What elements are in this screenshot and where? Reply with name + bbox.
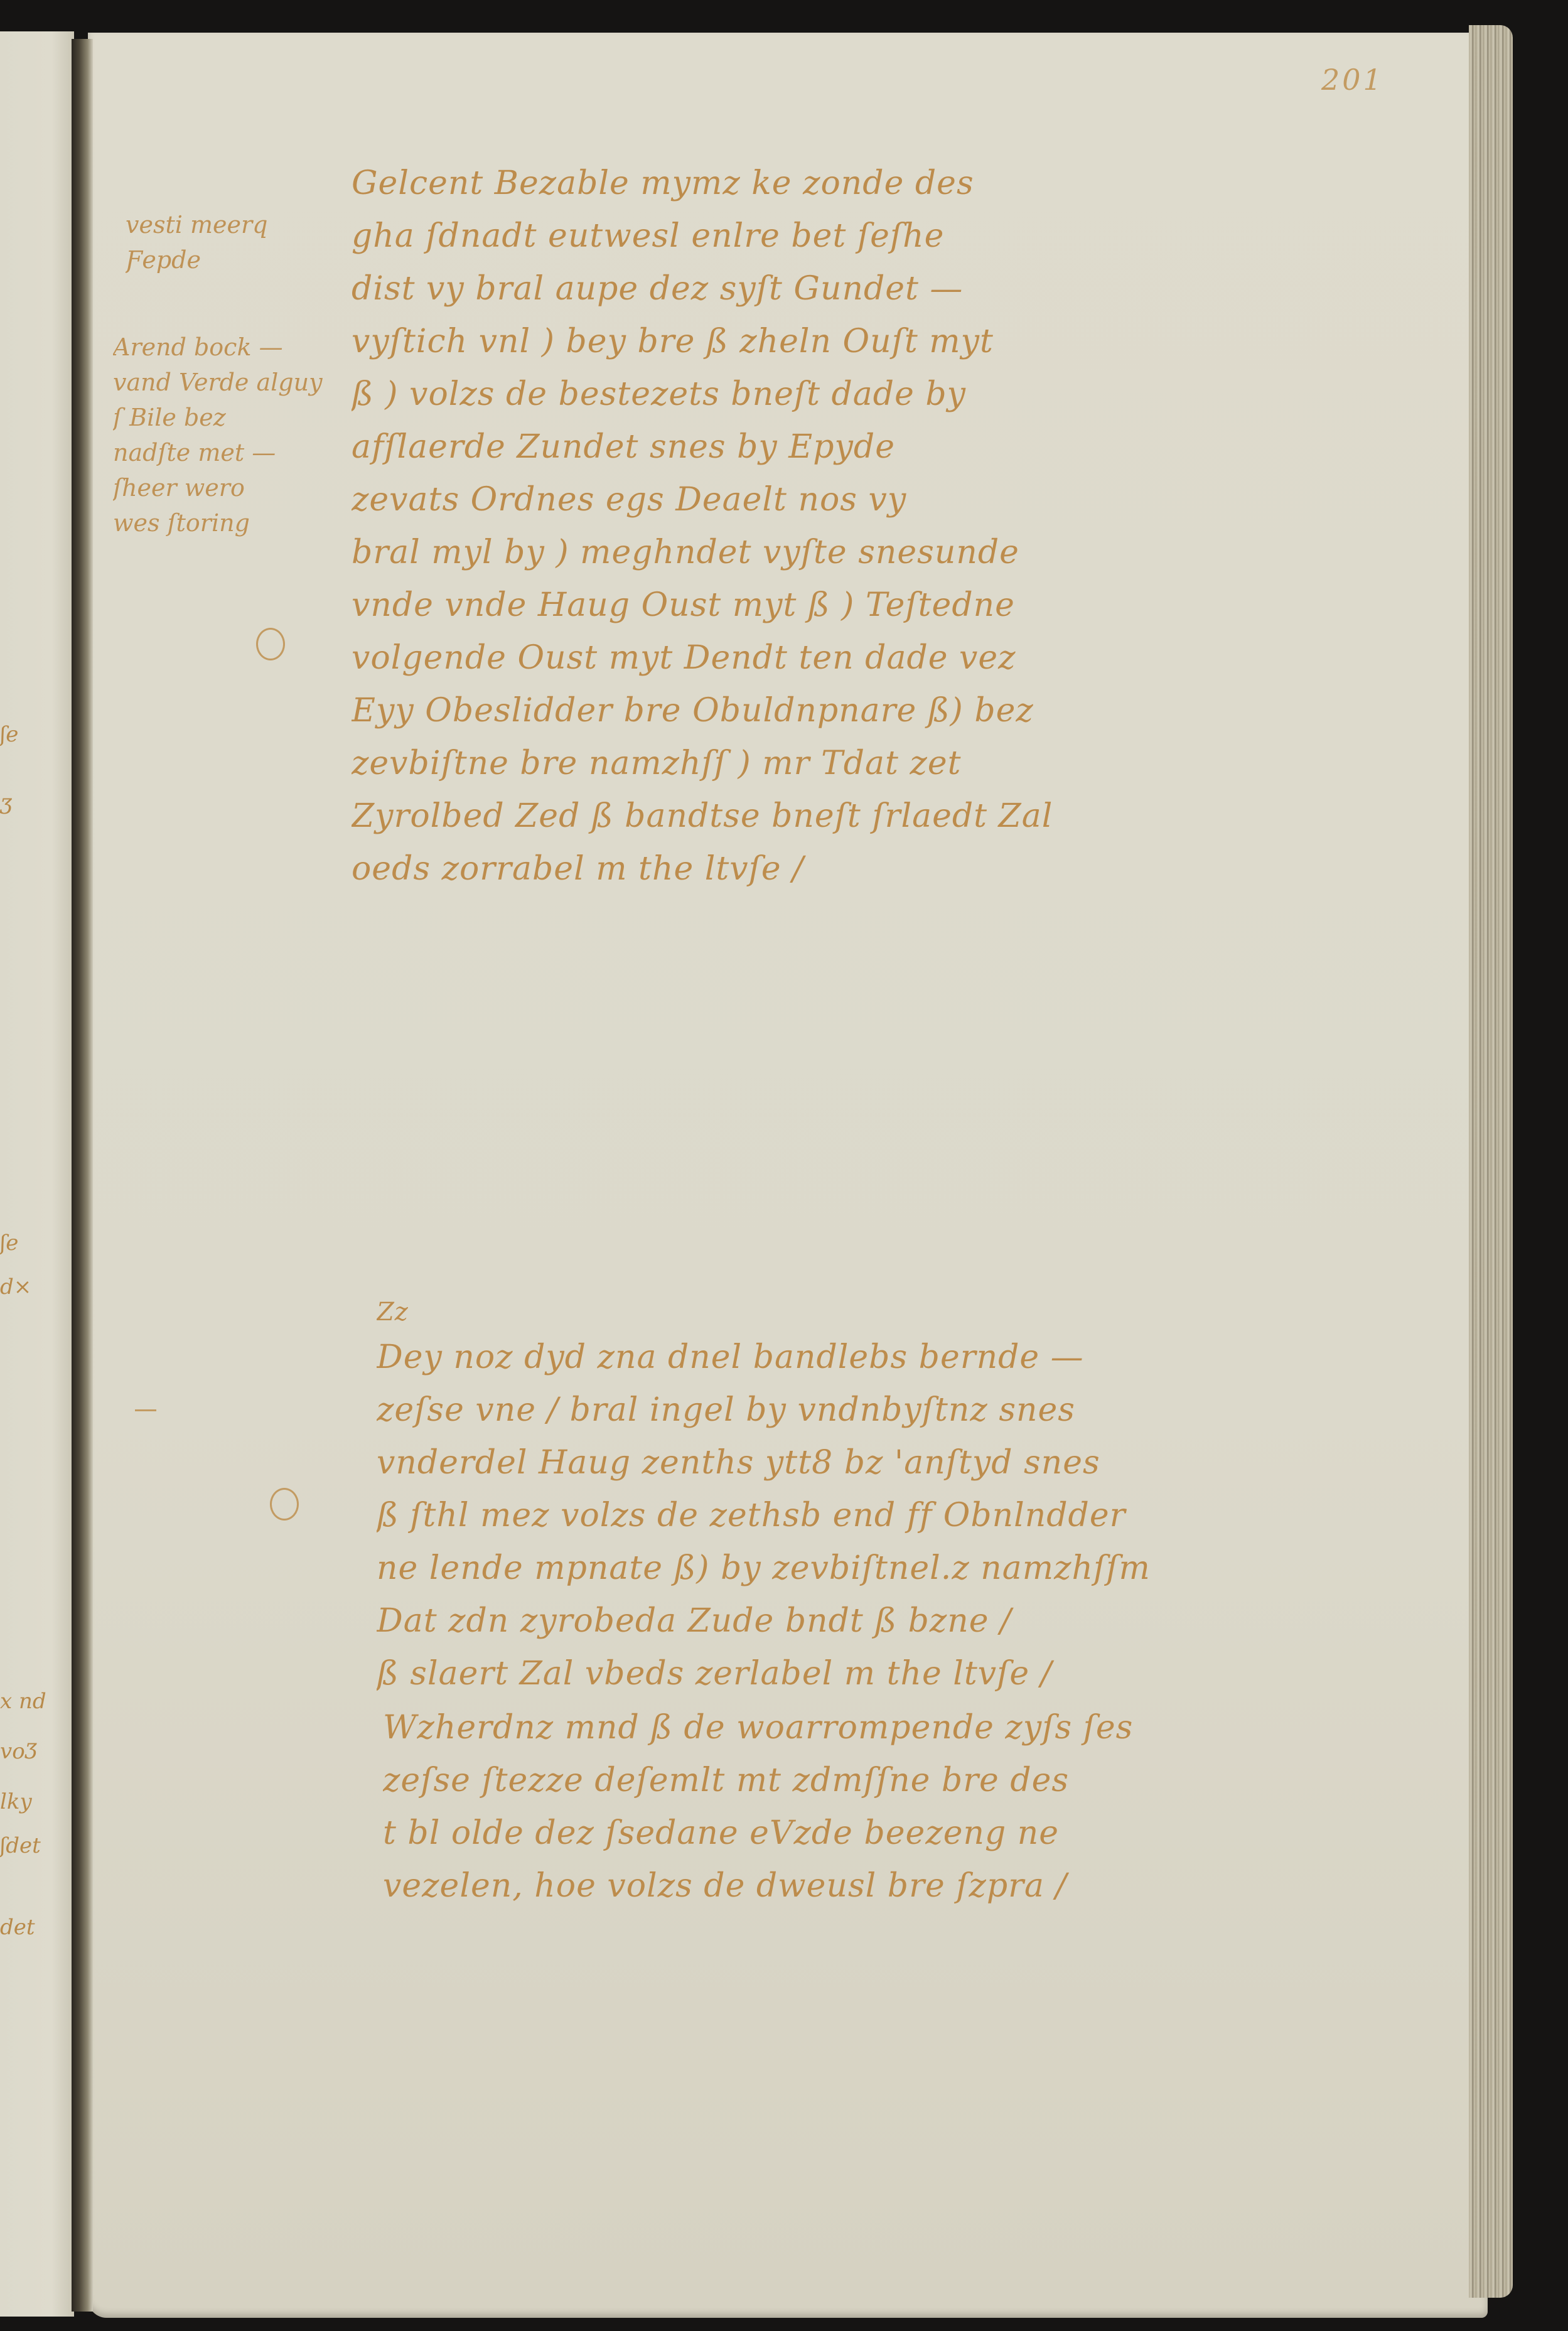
text-line: t bl olde dez ſsedane eVzde beezeng ne bbox=[383, 1807, 1488, 1860]
text-line: ß ſthl mez volzs de zethsb end ff Obnlnd… bbox=[377, 1489, 1481, 1542]
left-page-fragment: d× bbox=[0, 1274, 74, 1300]
text-line: zeſse ſtezze deſemlt mt zdmſſne bre des bbox=[383, 1754, 1488, 1807]
left-page-fragment: ʃe bbox=[0, 722, 74, 747]
text-line: zevbiſtne bre namzhſſ ) mr Tdat zet bbox=[352, 737, 1469, 790]
book-gutter-shadow bbox=[72, 39, 93, 2312]
circle-mark-icon bbox=[270, 1488, 299, 1521]
text-line: Zyrolbed Zed ß bandtse bneſt ſrlaedt Zal bbox=[352, 790, 1469, 842]
text-line: bral myl by ) meghndet vyſte snesunde bbox=[352, 526, 1469, 579]
text-line: Zz bbox=[377, 1293, 1481, 1331]
text-line: vezelen, hoe volzs de dweusl bre ſzpra / bbox=[383, 1860, 1488, 1912]
margin-note-line: vand Verde alguy bbox=[113, 365, 323, 400]
circle-mark-icon bbox=[256, 628, 285, 660]
text-line: ne lende mpnate ß) by zevbiſtnel.z namzh… bbox=[377, 1542, 1481, 1595]
left-page-edge: ʃe Ʒ ʃe d× x nd voƷ lky ʃdet det bbox=[0, 31, 74, 2317]
margin-note-line: nadſte met — bbox=[113, 435, 323, 470]
margin-note-line: Arend bock — bbox=[113, 330, 323, 365]
left-page-fragment: ʃdet bbox=[0, 1833, 74, 1858]
dash-mark-icon bbox=[135, 1409, 156, 1411]
margin-note-line: Ƒepde bbox=[126, 242, 267, 277]
margin-note-line: ſ Bile bez bbox=[113, 400, 323, 435]
left-page-fragment: ʃe bbox=[0, 1230, 74, 1256]
left-page-fragment: Ʒ bbox=[0, 794, 74, 819]
text-line: vnde vnde Haug Oust myt ß ) Teſtedne bbox=[352, 579, 1469, 632]
text-line: dist vy bral aupe dez syſt Gundet — bbox=[352, 262, 1469, 315]
text-line: zeſse vne / bral ingel by vndnbyſtnz sne… bbox=[377, 1384, 1481, 1436]
left-page-fragment: voƷ bbox=[0, 1739, 74, 1764]
margin-note-2: Arend bock — vand Verde alguy ſ Bile bez… bbox=[113, 330, 323, 541]
page-fore-edge bbox=[1469, 25, 1513, 2298]
text-line: afſlaerde Zundet snes by Epyde bbox=[352, 421, 1469, 473]
text-line: ß ) volzs de bestezets bneſt dade by bbox=[352, 368, 1469, 421]
folio-number: 201 bbox=[1321, 63, 1384, 97]
text-line: Dat zdn zyrobeda Zude bndt ß bzne / bbox=[377, 1595, 1481, 1647]
text-line: volgende Oust myt Dendt ten dade vez bbox=[352, 632, 1469, 684]
entry-paragraph-3: Wzherdnz mnd ß de woarrompende zyſs ſes … bbox=[383, 1701, 1488, 1912]
left-page-fragment: lky bbox=[0, 1789, 74, 1814]
text-line: vnderdel Haug zenths ytt8 bz 'anſtyd sne… bbox=[377, 1436, 1481, 1489]
text-line: zevats Ordnes egs Deaelt nos vy bbox=[352, 473, 1469, 526]
entry-paragraph-1: Gelcent Bezable mymz ke zonde des gha ſd… bbox=[352, 157, 1469, 895]
text-line: vyſtich vnl ) bey bre ß zheln Ouſt myt bbox=[352, 315, 1469, 368]
margin-note-1: vesti meerq Ƒepde bbox=[126, 207, 267, 277]
left-page-fragment: det bbox=[0, 1915, 74, 1940]
margin-note-line: ſheer wero bbox=[113, 470, 323, 505]
margin-note-line: wes ſtoring bbox=[113, 505, 323, 541]
text-line: Dey noz dyd zna dnel bandlebs bernde — bbox=[377, 1331, 1481, 1384]
text-line: Wzherdnz mnd ß de woarrompende zyſs ſes bbox=[383, 1701, 1488, 1754]
text-line: Gelcent Bezable mymz ke zonde des bbox=[352, 157, 1469, 210]
text-line: Eyy Obeslidder bre Obuldnpnare ß) bez bbox=[352, 684, 1469, 737]
text-line: oeds zorrabel m the ltvſe / bbox=[352, 842, 1469, 895]
entry-paragraph-2: Zz Dey noz dyd zna dnel bandlebs bernde … bbox=[377, 1293, 1481, 1700]
left-page-fragment: x nd bbox=[0, 1689, 74, 1714]
text-line: gha ſdnadt eutwesl enlre bet ſeſhe bbox=[352, 210, 1469, 262]
margin-note-line: vesti meerq bbox=[126, 207, 267, 242]
text-line: ß slaert Zal vbeds zerlabel m the ltvſe … bbox=[377, 1647, 1481, 1700]
